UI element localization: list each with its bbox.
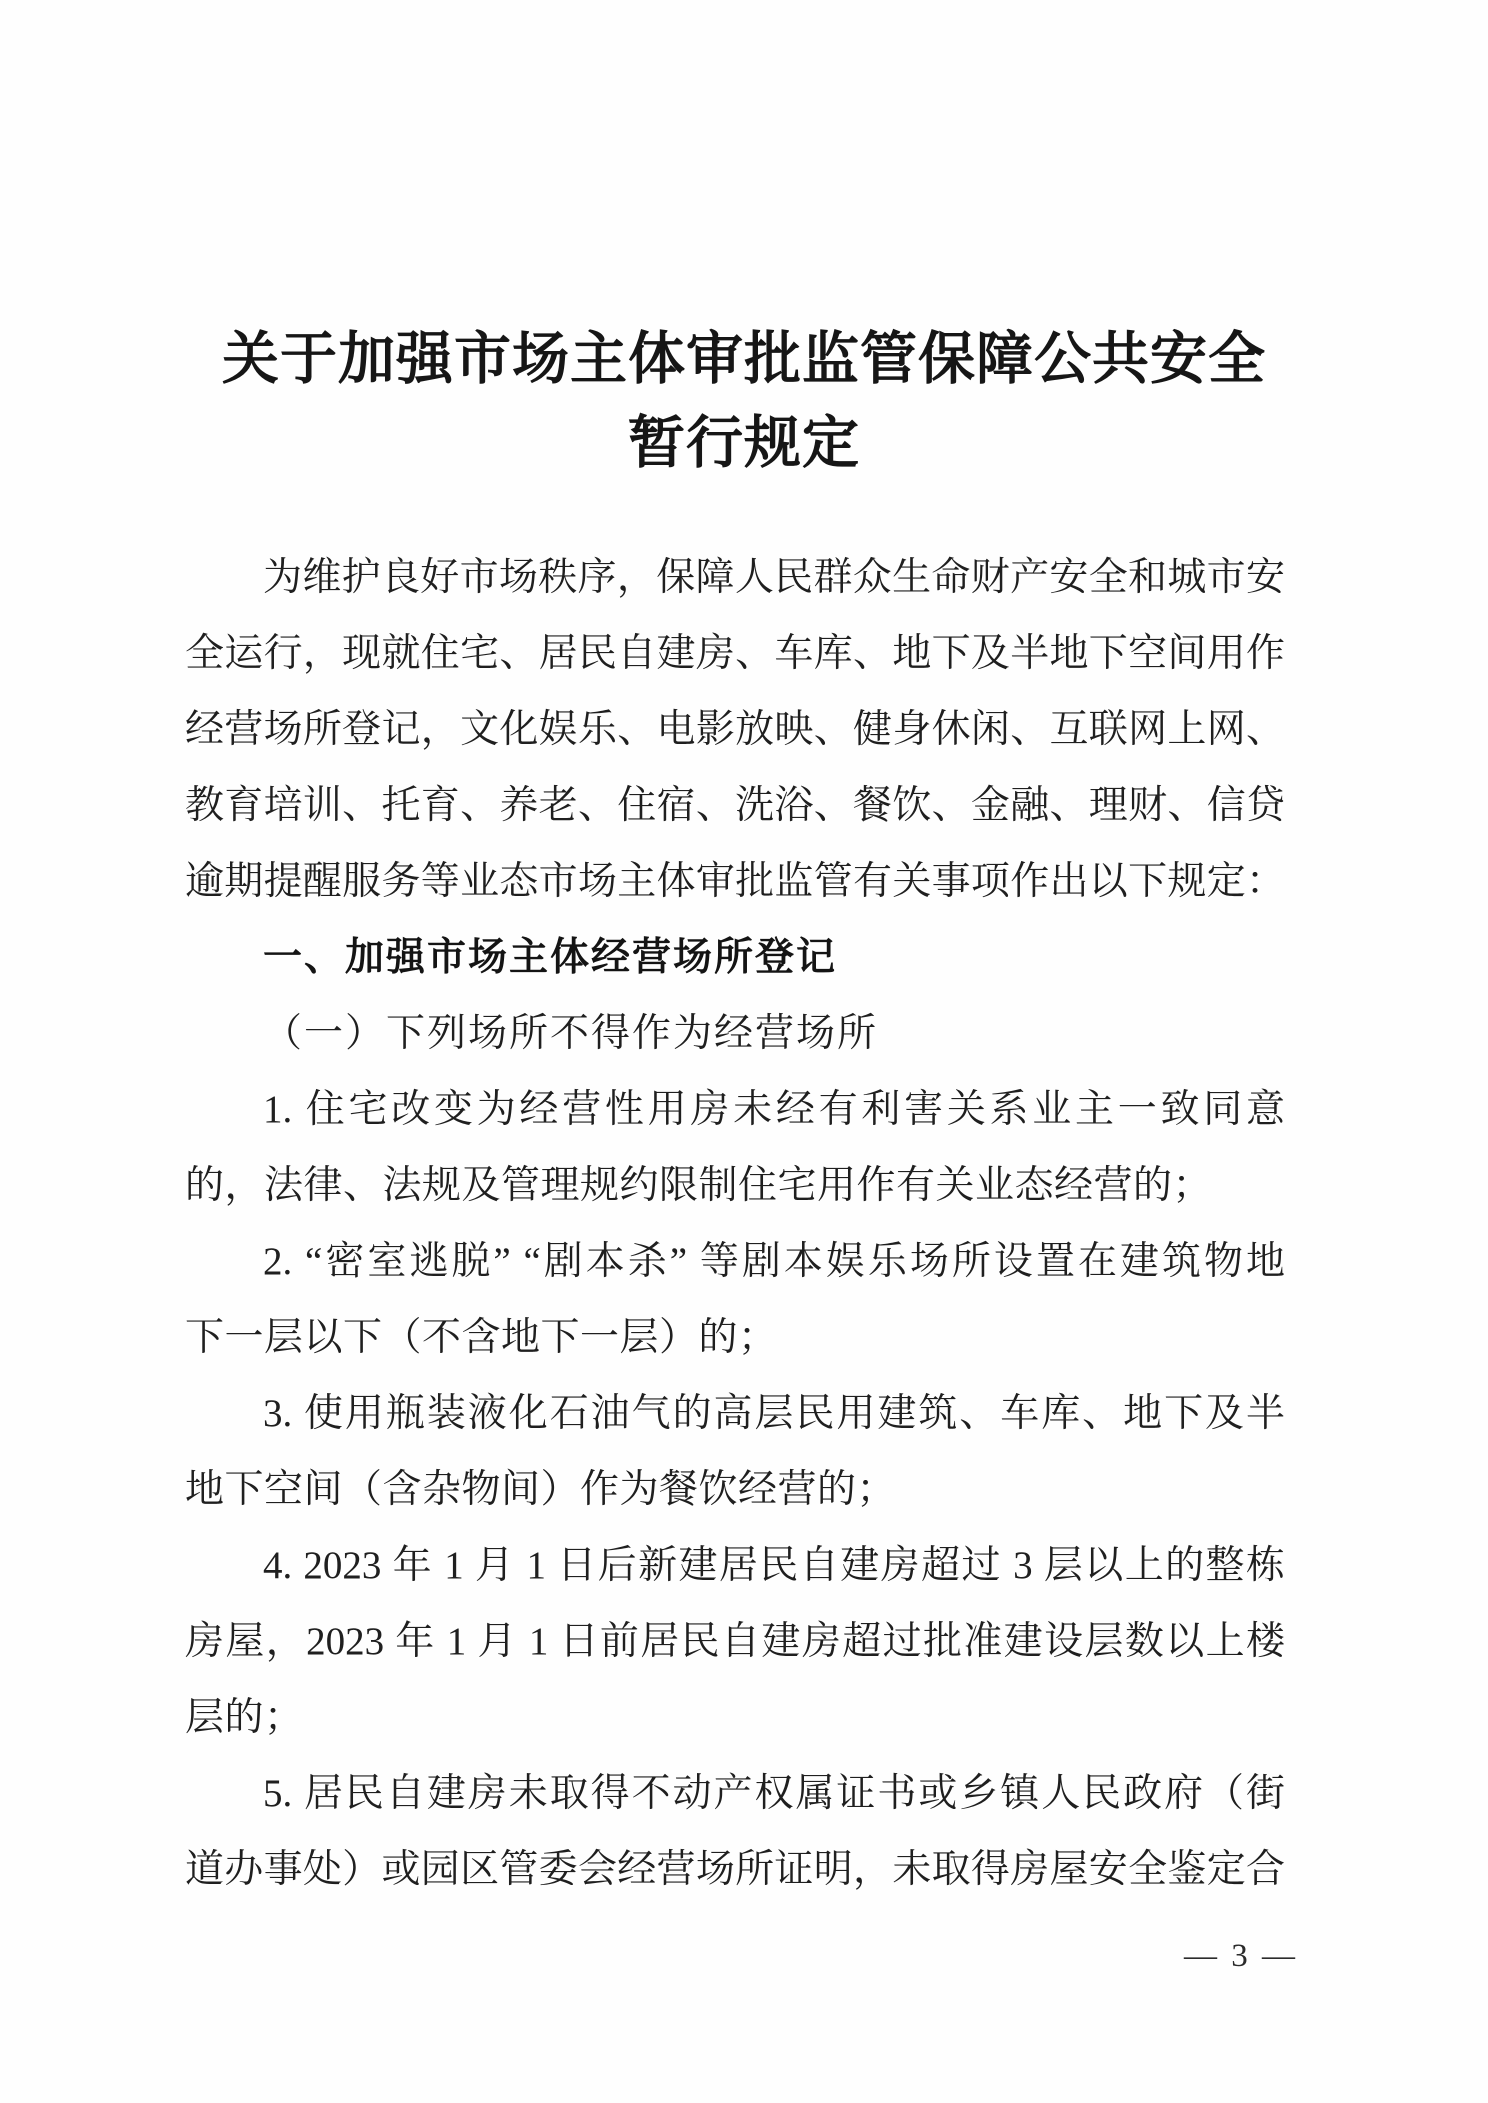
text-line: 经营场所登记，文化娱乐、电影放映、健身休闲、互联网上网、 (185, 692, 1285, 768)
text-line: 3. 使用瓶装液化石油气的高层民用建筑、车库、地下及半 (185, 1376, 1285, 1452)
title-line-2: 暂行规定 (0, 402, 1488, 486)
text-line: 全运行，现就住宅、居民自建房、车库、地下及半地下空间用作 (185, 616, 1285, 692)
text-line: 下一层以下（不含地下一层）的； (185, 1300, 1285, 1376)
text-line: 1. 住宅改变为经营性用房未经有利害关系业主一致同意 (185, 1072, 1285, 1148)
text-line: 一、加强市场主体经营场所登记 (185, 920, 1285, 996)
text-line: 地下空间（含杂物间）作为餐饮经营的； (185, 1452, 1285, 1528)
title-line-1: 关于加强市场主体审批监管保障公共安全 (0, 318, 1488, 402)
document-page: 关于加强市场主体审批监管保障公共安全 暂行规定 为维护良好市场秩序，保障人民群众… (0, 0, 1488, 2103)
text-line: 为维护良好市场秩序，保障人民群众生命财产安全和城市安 (185, 540, 1285, 616)
text-line: 的，法律、法规及管理规约限制住宅用作有关业态经营的； (185, 1148, 1285, 1224)
text-line: 教育培训、托育、养老、住宿、洗浴、餐饮、金融、理财、信贷 (185, 768, 1285, 844)
text-line: 层的； (185, 1680, 1285, 1756)
text-line: 逾期提醒服务等业态市场主体审批监管有关事项作出以下规定： (185, 844, 1285, 920)
text-line: 房屋，2023 年 1 月 1 日前居民自建房超过批准建设层数以上楼 (185, 1604, 1285, 1680)
text-line: （一）下列场所不得作为经营场所 (185, 996, 1285, 1072)
page-number: — 3 — (1184, 1938, 1298, 1975)
document-title: 关于加强市场主体审批监管保障公共安全 暂行规定 (0, 318, 1488, 486)
text-line: 道办事处）或园区管委会经营场所证明，未取得房屋安全鉴定合 (185, 1832, 1285, 1908)
text-line: 2. “密室逃脱” “剧本杀” 等剧本娱乐场所设置在建筑物地 (185, 1224, 1285, 1300)
document-body: 为维护良好市场秩序，保障人民群众生命财产安全和城市安全运行，现就住宅、居民自建房… (185, 540, 1285, 1908)
text-line: 5. 居民自建房未取得不动产权属证书或乡镇人民政府（街 (185, 1756, 1285, 1832)
text-line: 4. 2023 年 1 月 1 日后新建居民自建房超过 3 层以上的整栋 (185, 1528, 1285, 1604)
